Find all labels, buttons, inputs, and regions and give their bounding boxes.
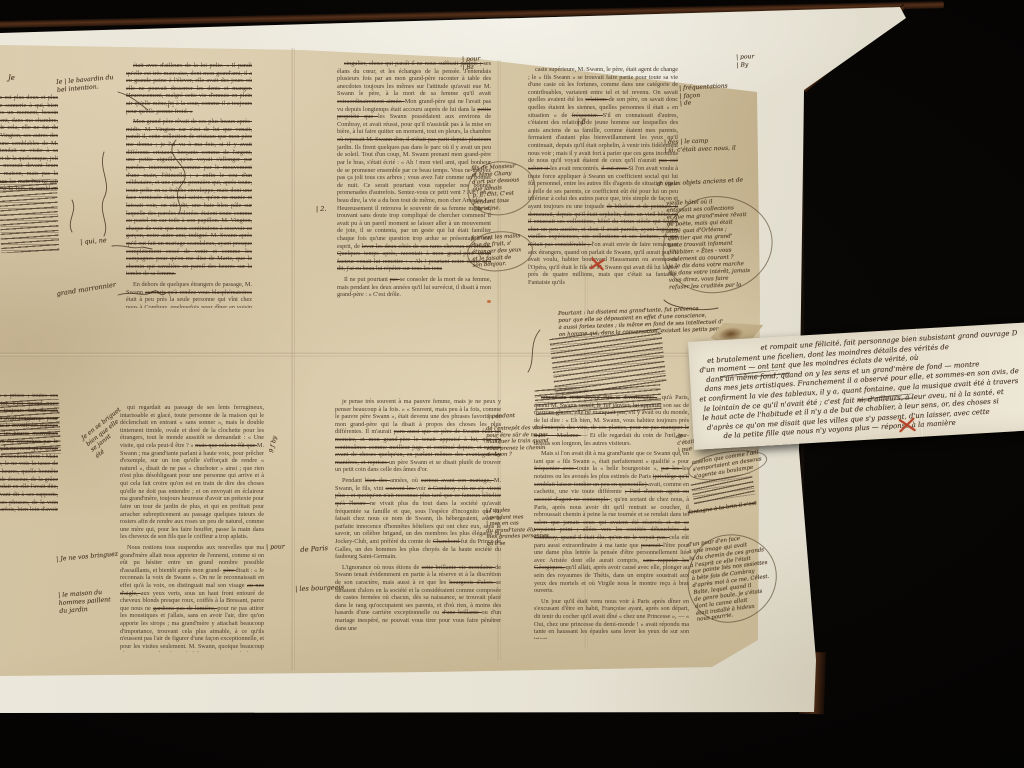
struck-print-text: d'une brillante <box>442 609 481 616</box>
pasted-manuscript-slip: et rompait une félicité, fait personnage… <box>688 321 1024 450</box>
struck-print-text: cette brillante vie mondaine <box>422 564 496 571</box>
struck-print-text: où reposait M. Swann d'or, il n'était pa… <box>337 136 491 143</box>
handwritten-note: | pendant <box>488 413 515 421</box>
print-column-3-bottom: je pense très souvent à ma pauvre femme,… <box>335 398 501 638</box>
print-text: Un jour qu'il était venu nous voir à Par… <box>534 598 689 639</box>
scribble-crossout <box>0 399 61 456</box>
print-text: pour ne pas attirer les moustiques et j'… <box>120 605 264 652</box>
print-text: Mais si l'on avait dit à ma grand'tante … <box>534 450 689 465</box>
struck-print-text: salon que jamais ceux qui avaient été ré… <box>534 519 689 541</box>
handwritten-note: | 2. <box>316 205 326 213</box>
print-text: voir <box>416 485 428 492</box>
print-text: M. Swann ; ma grand'tante parlant à haut… <box>120 442 264 540</box>
struck-print-text: relations <box>585 96 608 103</box>
handwritten-note: Je <box>8 74 15 83</box>
print-text: S'il en connaissait d'autres, c'étaient … <box>528 112 678 165</box>
red-ink-speck <box>487 300 491 303</box>
handwritten-note: | pour | By <box>736 53 755 69</box>
print-column-2-bottom: qui regardait au passage de ses lents fe… <box>120 404 264 652</box>
handwritten-note: de l'entrepôt des vins pour être sûr de … <box>486 425 555 459</box>
struck-print-text: était avec d'ailleurs de la loi polie. «… <box>126 62 252 115</box>
struck-print-text: accourir qu'à rendez-vous blasphématoire… <box>145 289 252 296</box>
print-column-2-top: était avec d'ailleurs de la loi polie. «… <box>126 62 252 308</box>
struck-print-text: Mon grand-père rêvait de ces plus beaux … <box>126 118 252 277</box>
struck-print-text: souvent les <box>385 485 415 492</box>
print-text: les avait rencontrés. <box>550 165 601 172</box>
struck-print-text: fréquenter avec <box>534 465 577 472</box>
struck-print-text: Chambord <box>433 538 461 545</box>
struck-print-text: père <box>223 567 235 574</box>
struck-print-text: il eut avec <box>601 165 628 172</box>
struck-print-text: bourgeois d'alors <box>449 579 496 586</box>
print-text: Pendant <box>342 477 365 484</box>
red-x-mark <box>897 414 915 432</box>
handwritten-note: | l'un des | pendant mes | mes en cas du… <box>486 507 553 548</box>
struck-print-text: par les <box>661 465 682 472</box>
handwritten-note: | le maison du hommes paillent du jardin <box>58 588 111 615</box>
struck-print-text: surtout avant son mariage, <box>421 477 494 484</box>
handwritten-note: | . <box>167 100 175 110</box>
handwritten-note: | pour | Bz <box>462 55 481 71</box>
handwritten-note: | β <box>577 118 586 127</box>
struck-print-text: pas <box>390 276 400 283</box>
print-text: était à peu près la seule personne qui v… <box>126 296 252 308</box>
handwritten-note: | pour <box>266 543 285 552</box>
print-column-4-top: caste supérieure, M. Swann, le père, éta… <box>528 66 678 308</box>
print-text: années, où <box>390 477 421 484</box>
vertical-fold-crease <box>291 48 295 670</box>
print-text: toute la « belle bourgeoisie », <box>577 465 661 472</box>
handwritten-note: | les bourgeois <box>295 583 344 593</box>
photo-of-corrected-proof-spread: la garderaient que nos invendibles est p… <box>0 0 1024 768</box>
print-column-4-bottom: jamais de reste devoir être si divertiss… <box>534 394 689 639</box>
red-x-mark <box>589 254 606 271</box>
struck-print-text: gardions pas de lumière, <box>153 605 217 612</box>
struck-print-text: bien des <box>365 477 390 484</box>
struck-print-text: pourrait <box>641 542 663 549</box>
handwritten-note: | des | le camp | si, c'était avec nous,… <box>664 137 736 155</box>
struck-print-text: extraordinairement aimée. <box>337 98 405 105</box>
scribble-crossout <box>0 179 59 253</box>
print-text: Il ne put pourtant <box>344 276 390 283</box>
handwritten-note: | fréquentations | façon | de <box>679 82 729 107</box>
struck-print-text: mais que cela ne fût que <box>195 442 257 449</box>
print-text: L'ignorance où nous étions de <box>342 564 422 571</box>
